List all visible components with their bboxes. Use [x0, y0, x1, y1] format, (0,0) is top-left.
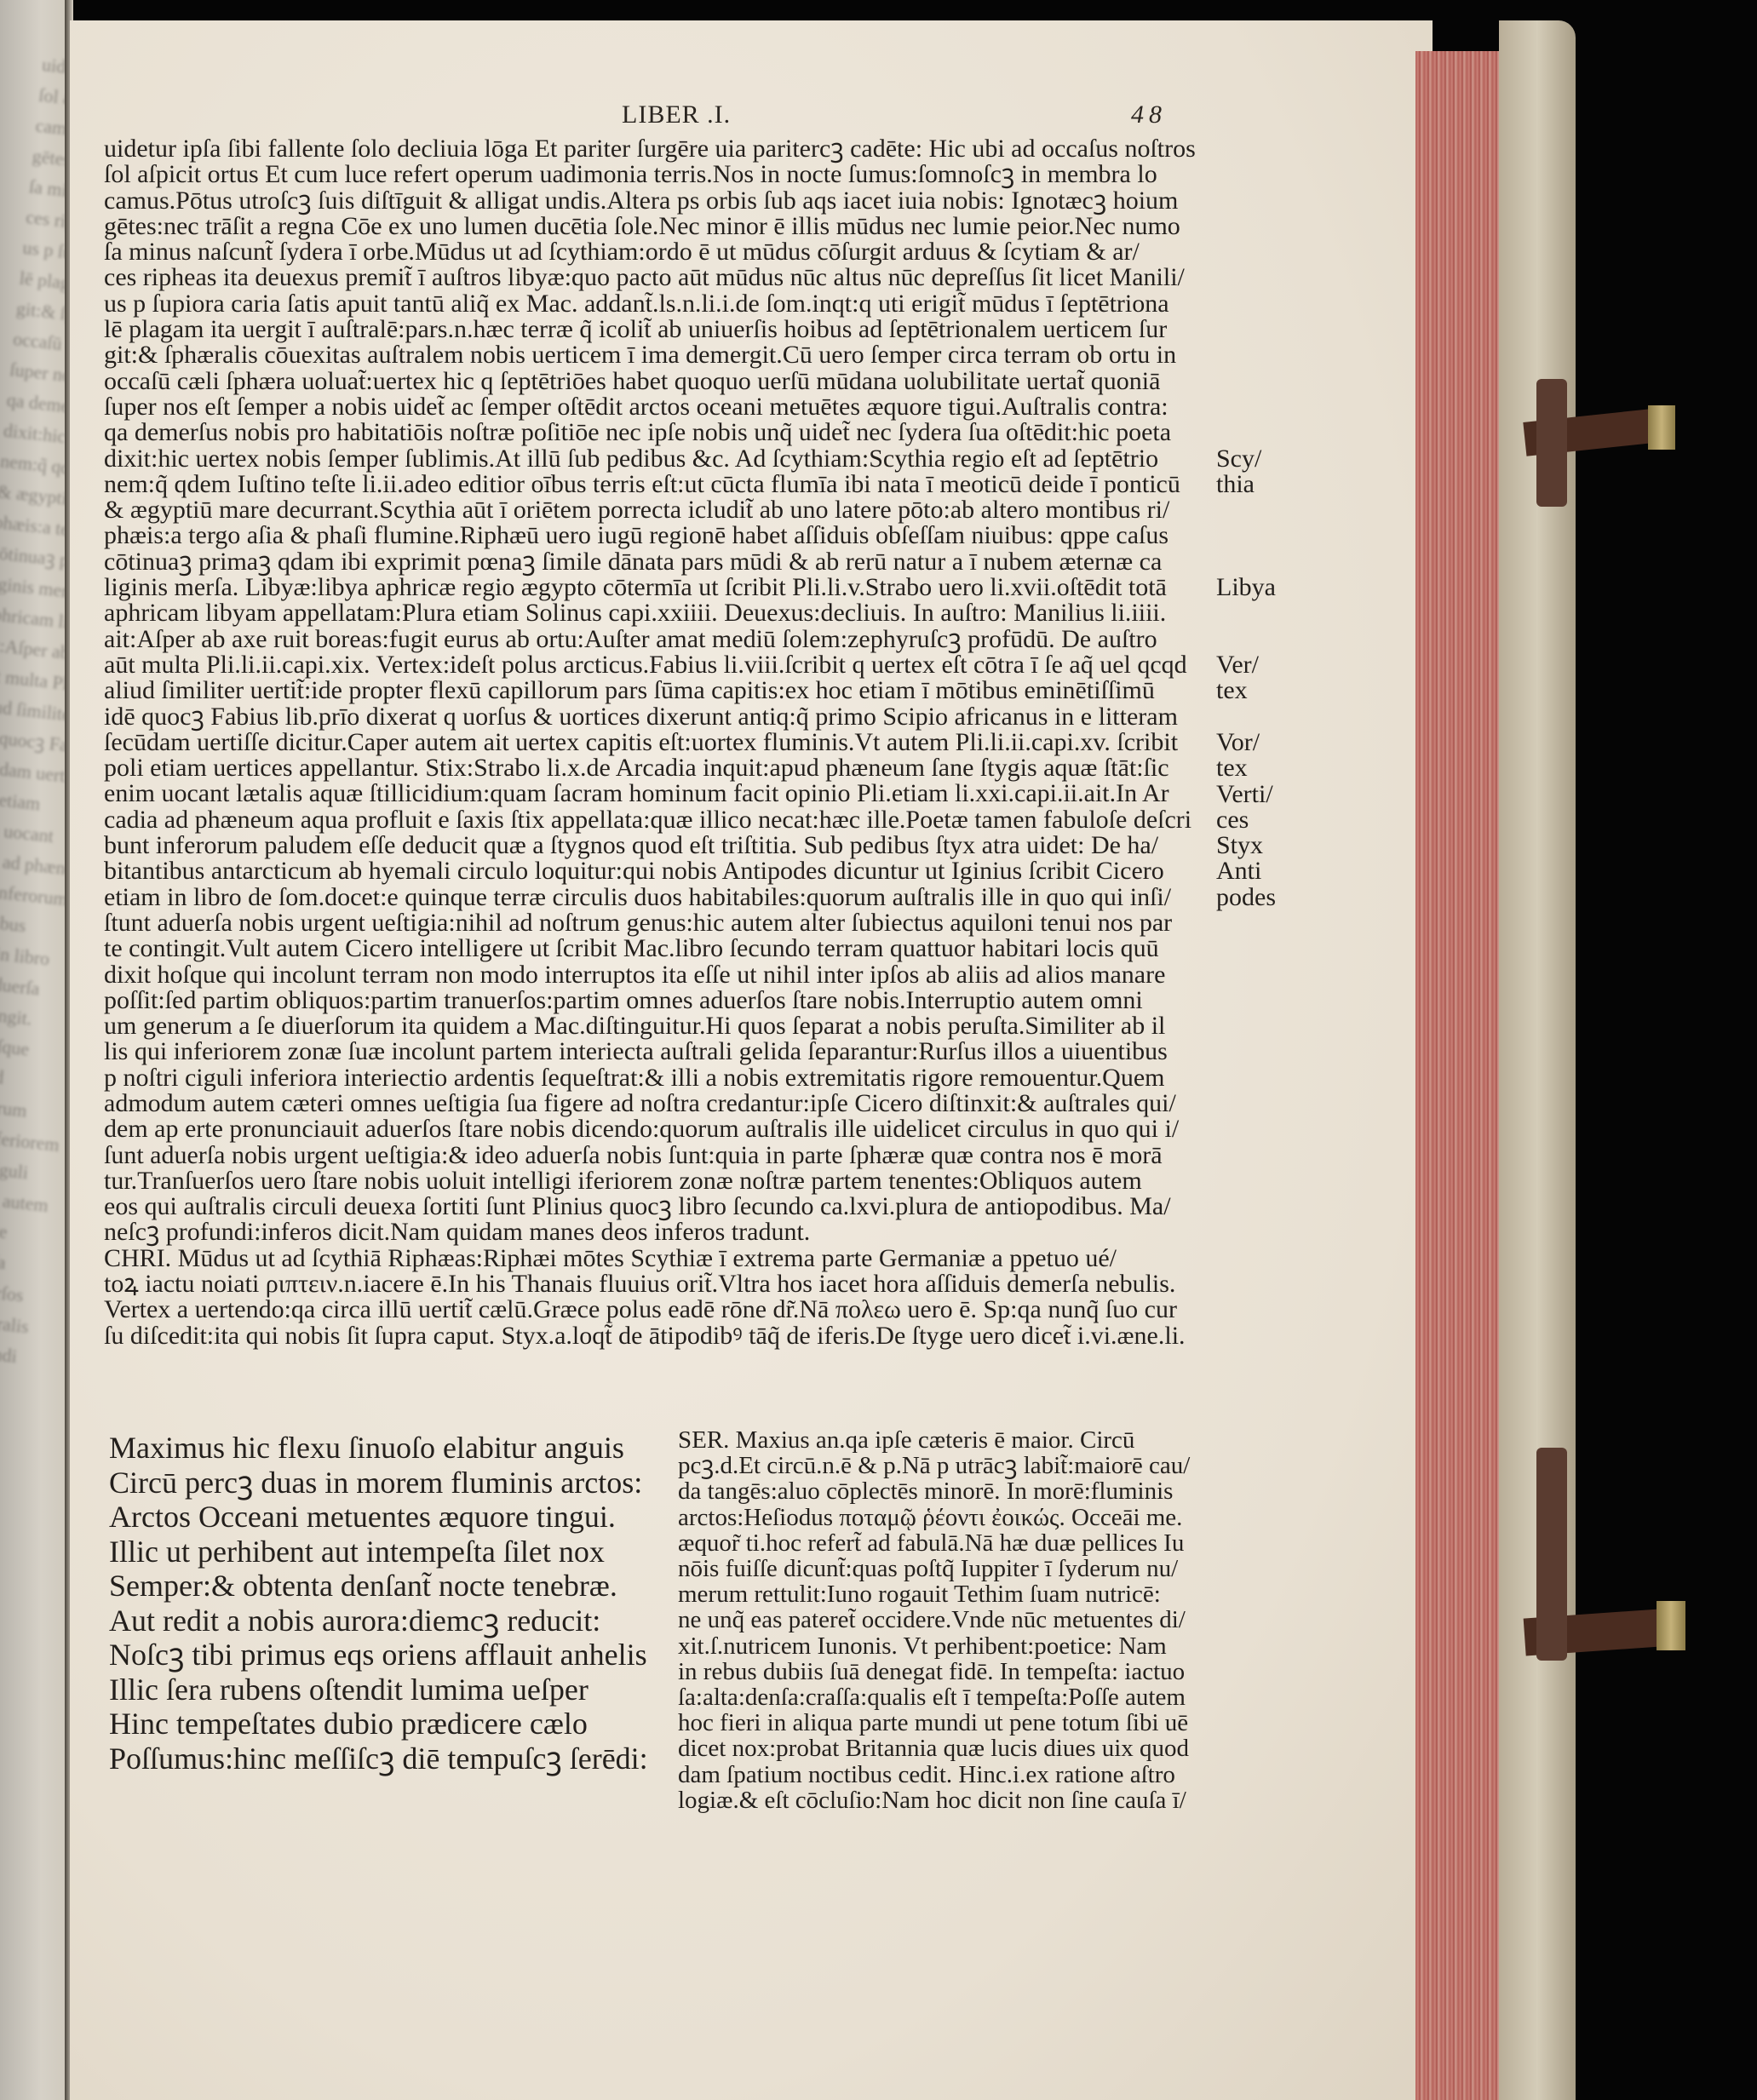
text-line: poli etiam uertices appellantur. Stix:St…: [104, 755, 1211, 781]
text-line: camus.Pōtus utroſcꝫ ſuis diſtīguit & all…: [104, 188, 1211, 214]
marginal-note: thia: [1216, 472, 1284, 497]
marginal-note: Styx: [1216, 833, 1284, 858]
text-line: admodum autem cæteri omnes ueſtigia ſua …: [104, 1091, 1211, 1116]
marginal-note: Scy/: [1216, 446, 1284, 472]
text-line: ces ripheas ita deuexus premit̃ ī auſtro…: [104, 265, 1211, 290]
text-line: us p ſupiora caria ſatis apuit tantū ali…: [104, 291, 1211, 317]
commentary-line: xit.ſ.nutricem Iunonis. Vt perhibent:poe…: [678, 1633, 1214, 1659]
text-line: ſunt aduerſa nobis urgent ueſtigia:& ide…: [104, 1143, 1211, 1168]
commentary-line: ſa:alta:denſa:craſſa:qualis eſt ī tempeſ…: [678, 1684, 1214, 1710]
text-line: & ægyptiū mare decurrant.Scythia aūt ī o…: [104, 497, 1211, 523]
text-line: bitantibus antarcticum ab hyemali circul…: [104, 858, 1211, 884]
commentary-line: in rebus dubiis ſuā denegat fidē. In tem…: [678, 1659, 1214, 1684]
lower-clasp-leather-icon: [1536, 1448, 1567, 1661]
text-line: ſuper nos eſt ſemper a nobis uidet̃ ac ſ…: [104, 394, 1211, 420]
text-line: poſſit:ſed partim obliquos:partim tranue…: [104, 988, 1211, 1013]
verse-line: Illic ſera rubens oſtendit lumima ueſper: [109, 1673, 663, 1707]
text-line: lis qui inferiorem zonæ ſuæ incolunt par…: [104, 1039, 1211, 1064]
text-line: Vertex a uertendo:qa circa illū uertit̃ …: [104, 1297, 1211, 1323]
text-line: uidetur ipſa ſibi fallente ſolo decliuia…: [104, 136, 1211, 162]
commentary-line: æquor̃ ti.hoc refert̃ ad fabulā.Nā hæ du…: [678, 1530, 1214, 1556]
verse-line: Noſcꝫ tibi primus eqs oriens afflauit an…: [109, 1638, 663, 1673]
facing-page-blurred-text: uidetur ipſa ſibi ſol aſpicit ortus camu…: [0, 49, 68, 1371]
text-line: CHRI. Mūdus ut ad ſcythiā Riphæas:Riphæi…: [104, 1246, 1211, 1271]
commentary-line: merum rettulit:Iuno rogauit Tethim ſuam …: [678, 1581, 1214, 1607]
main-commentary-text: uidetur ipſa ſibi fallente ſolo decliuia…: [104, 136, 1211, 1349]
text-line: p noſtri ciguli inferiora interiectio ar…: [104, 1065, 1211, 1091]
text-line: git:& ſphæralis cōuexitas auſtralem nobi…: [104, 342, 1211, 368]
text-line: ſol aſpicit ortus Et cum luce refert ope…: [104, 162, 1211, 187]
commentary-line: hoc fieri in aliqua parte mundi ut pene …: [678, 1710, 1214, 1736]
text-line: ſu diſcedit:ita qui nobis ſit ſupra capu…: [104, 1323, 1211, 1349]
verse-line: Poſſumus:hinc meſſiſcꝫ diē tempuſcꝫ ſerē…: [109, 1741, 663, 1776]
text-line: aphricam libyam appellatam:Plura etiam S…: [104, 600, 1211, 626]
commentary-line: logiæ.& eſt cōcluſio:Nam hoc dicit non ſ…: [678, 1787, 1214, 1813]
text-line: ſa minus naſcunt̃ ſydera ī orbe.Mūdus ut…: [104, 239, 1211, 265]
text-line: neſcꝫ profundi:inferos dicit.Nam quidam …: [104, 1219, 1211, 1245]
book-binding: [1499, 20, 1576, 2100]
marginal-note: Vor/: [1216, 730, 1284, 755]
text-line: dem ap erte pronunciauit aduerſos ſtare …: [104, 1116, 1211, 1142]
text-line: occaſū cæli ſphæra uoluat̃:uertex hic q …: [104, 369, 1211, 394]
text-line: aūt multa Pli.li.ii.capi.xix. Vertex:ide…: [104, 652, 1211, 678]
marginal-note: ces: [1216, 807, 1284, 833]
servius-commentary: SER. Maxius an.qa ipſe cæteris ē maior. …: [678, 1427, 1214, 1813]
text-line: dixit hoſque qui incolunt terram non mod…: [104, 962, 1211, 988]
red-stained-fore-edge: [1415, 51, 1499, 2100]
text-line: toꝝ iactu noiati ριπτειν.n.iacere ē.In h…: [104, 1271, 1211, 1297]
commentary-line: dicet nox:probat Britannia quæ lucis diu…: [678, 1736, 1214, 1761]
upper-clasp-metal-icon: [1648, 405, 1675, 450]
commentary-line: pcꝫ.d.Et circū.n.ē & p.Nā p utrācꝫ labit…: [678, 1453, 1214, 1478]
marginal-note: Anti: [1216, 858, 1284, 884]
text-line: nem:q̃ qdem Iuſtino teſte li.ii.adeo edi…: [104, 472, 1211, 497]
text-line: idē quocꝫ Fabius lib.prīo dixerat q uorſ…: [104, 704, 1211, 730]
verse-line: Hinc tempeſtates dubio prædicere cælo: [109, 1707, 663, 1741]
text-line: cadia ad phæneum aqua profluit e ſaxis ſ…: [104, 807, 1211, 833]
text-line: um generum a ſe diuerſorum ita quidem a …: [104, 1013, 1211, 1039]
commentary-line: dam ſpatium noctibus cedit. Hinc.i.ex ra…: [678, 1762, 1214, 1787]
text-line: eos qui auſtralis circuli deuexa ſortiti…: [104, 1194, 1211, 1219]
text-line: tur.Tranſuerſos uero ſtare nobis uoluit …: [104, 1168, 1211, 1194]
text-line: ait:Aſper ab axe ruit boreas:fugit eurus…: [104, 627, 1211, 652]
verse-line: Aut redit a nobis aurora:diemcꝫ reducit:: [109, 1604, 663, 1638]
verse-line: Semper:& obtenta denſant̃ nocte tenebræ.: [109, 1569, 663, 1604]
text-line: qa demerſus nobis pro habitatiōis noſtræ…: [104, 420, 1211, 445]
marginal-note: tex: [1216, 755, 1284, 781]
text-line: phæis:a tergo aſia & phaſi flumine.Riphæ…: [104, 523, 1211, 548]
text-line: bunt inferorum paludem eſſe deducit quæ …: [104, 833, 1211, 858]
text-line: aliud ſimiliter uertit̃:ide propter flex…: [104, 678, 1211, 703]
marginal-note: Ver/: [1216, 652, 1284, 678]
lower-clasp-metal-icon: [1657, 1601, 1685, 1650]
verse-block: Maximus hic flexu ſinuoſo elabitur angui…: [109, 1431, 663, 1776]
marginal-note: tex: [1216, 678, 1284, 703]
text-line: ſtunt aduerſa nobis urgent ueſtigia:nihi…: [104, 910, 1211, 936]
text-line: ſecūdam uertiſſe dicitur.Caper autem ait…: [104, 730, 1211, 755]
verse-line: Circū percꝫ duas in morem fluminis arcto…: [109, 1466, 663, 1500]
text-line: liginis merſa. Libyæ:libya aphricæ regio…: [104, 575, 1211, 600]
text-line: dixit:hic uertex nobis ſemper ſublimis.A…: [104, 446, 1211, 472]
text-line: cōtinuaꝫ primaꝫ qdam ibi exprimit pœnaꝫ …: [104, 549, 1211, 575]
marginal-note: Libya: [1216, 575, 1284, 600]
text-line: lē plagam ita uergit ī auſtralē:pars.n.h…: [104, 317, 1211, 342]
text-line: etiam in libro de ſom.docet:e quinque te…: [104, 885, 1211, 910]
verse-line: Maximus hic flexu ſinuoſo elabitur angui…: [109, 1431, 663, 1466]
verse-line: Arctos Occeani metuentes æquore tingui.: [109, 1500, 663, 1535]
commentary-line: SER. Maxius an.qa ipſe cæteris ē maior. …: [678, 1427, 1214, 1453]
upper-clasp-leather-icon: [1536, 379, 1567, 507]
marginal-note: Verti/: [1216, 782, 1284, 807]
verse-line: Illic ut perhibent aut intempeſta ſilet …: [109, 1535, 663, 1569]
text-line: enim uocant lætalis aquæ ſtillicidium:qu…: [104, 781, 1211, 806]
folio-number: 48: [1131, 100, 1167, 129]
commentary-line: arctos:Heſiodus ποταμῷ ῥέοντι ἐοικώς. Oc…: [678, 1505, 1214, 1530]
text-line: te contingit.Vult autem Cicero intellige…: [104, 936, 1211, 961]
facing-page-left: uidetur ipſa ſibi ſol aſpicit ortus camu…: [0, 0, 68, 2100]
commentary-line: ne unq̃ eas pateret̃ occidere.Vnde nūc m…: [678, 1607, 1214, 1632]
commentary-line: nōis fuiſſe dicunt̃:quas poſtq̃ Iuppiter…: [678, 1556, 1214, 1581]
marginal-note: podes: [1216, 885, 1284, 910]
text-line: gētes:nec trāſit a regna Cōe ex uno lume…: [104, 214, 1211, 239]
running-title: LIBER .I.: [622, 100, 731, 129]
commentary-line: da tangēs:aluo cōplectēs minorē. In morē…: [678, 1478, 1214, 1504]
